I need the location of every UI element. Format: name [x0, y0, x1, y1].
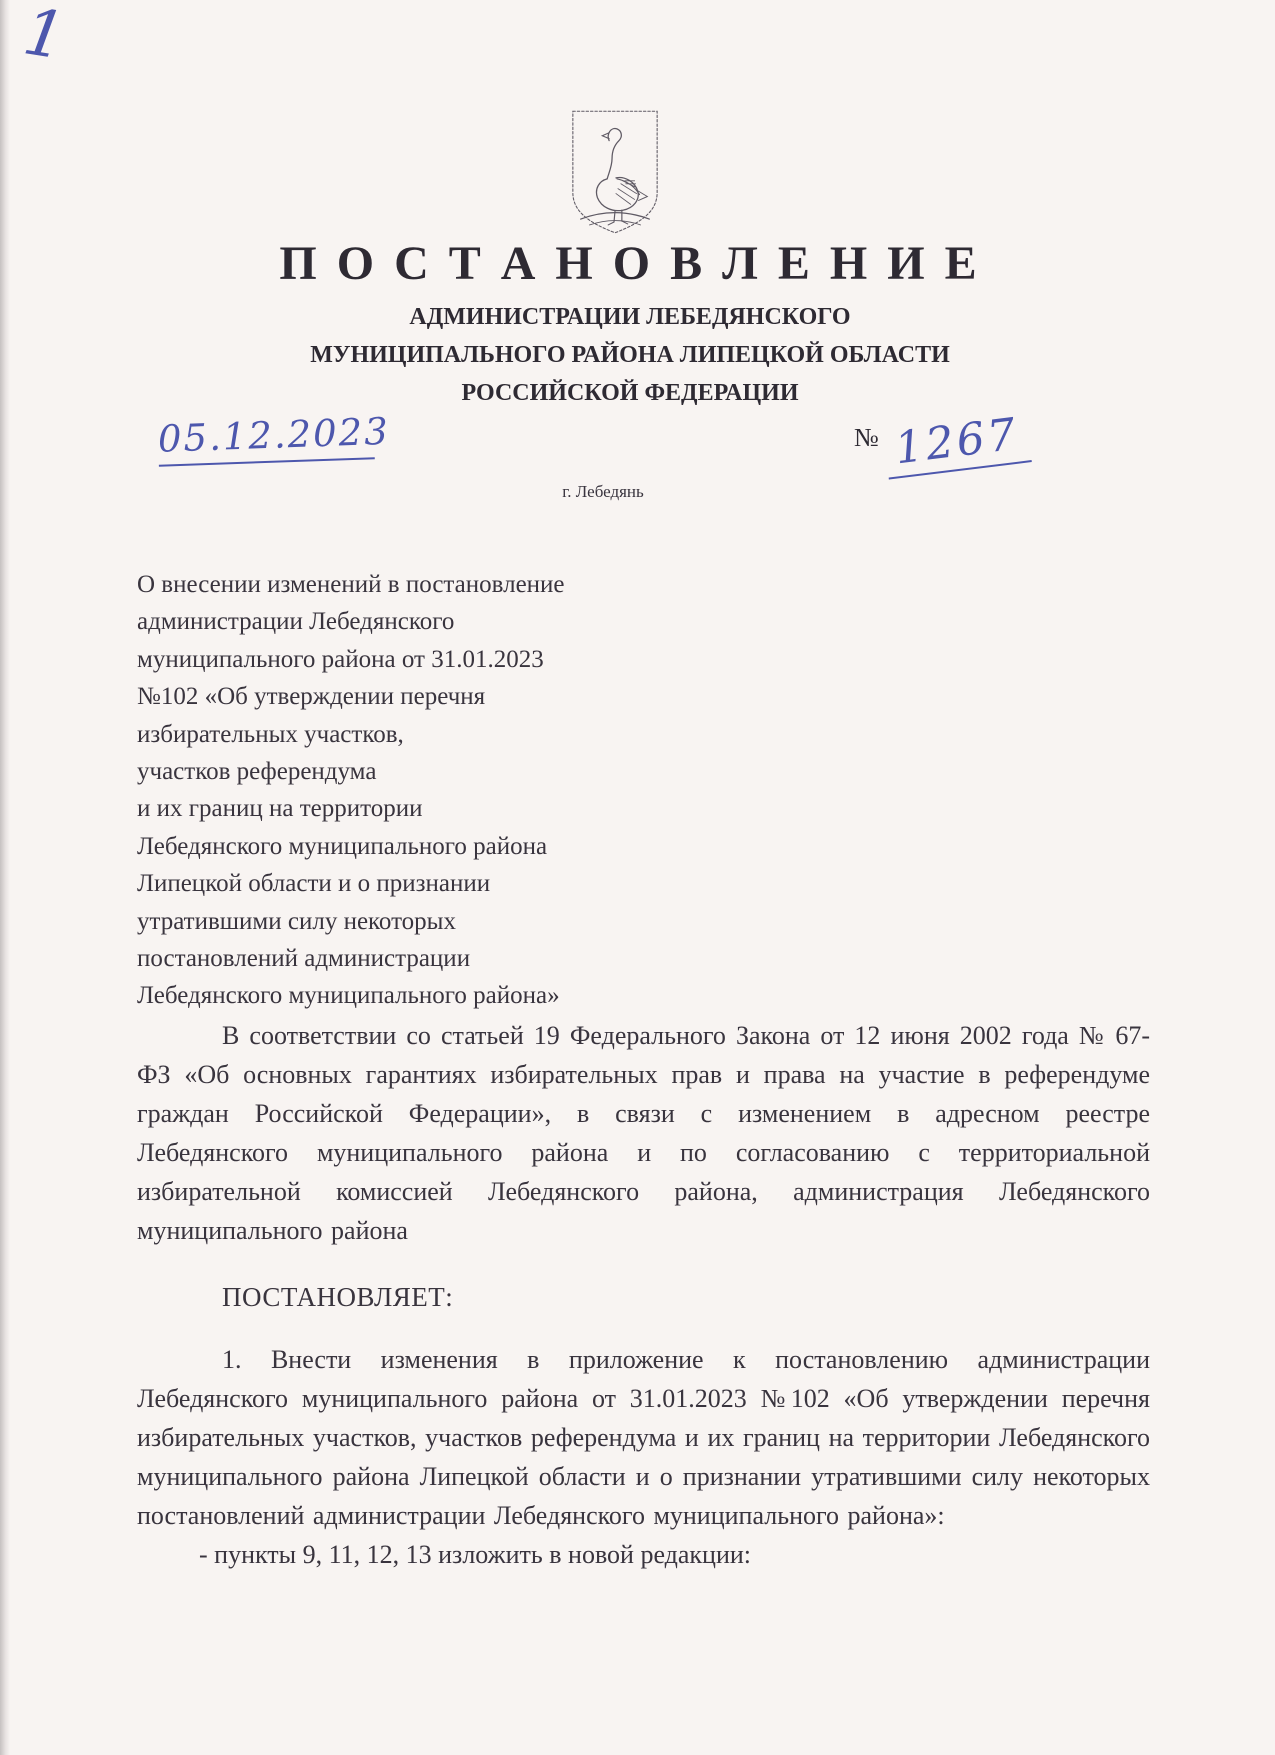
issuing-authority: АДМИНИСТРАЦИИ ЛЕБЕДЯНСКОГО МУНИЦИПАЛЬНОГ… [120, 298, 1140, 412]
document-title: П О С Т А Н О В Л Е Н И Е [120, 236, 1140, 291]
document-page: 1 П О С Т А Н О В Л Е Н И Е АДМИНИСТРАЦ [0, 0, 1275, 1755]
paragraph-subitem: - пункты 9, 11, 12, 13 изложить в новой … [137, 1535, 1150, 1574]
paragraph-item-1: 1. Внести изменения в приложение к поста… [137, 1340, 1150, 1535]
subject-line: администрации Лебедянского [137, 603, 737, 640]
paragraph-legal-basis: В соответствии со статьей 19 Федеральног… [137, 1016, 1150, 1250]
swan-emblem-icon [566, 108, 664, 236]
number-sign: № [854, 423, 879, 452]
subject-line: и их границ на территории [137, 790, 737, 827]
subject-line: Лебедянского муниципального района [137, 828, 737, 865]
subject-line: Липецкой области и о признании [137, 865, 737, 902]
subject-line: О внесении изменений в постановление [137, 566, 737, 603]
org-line-3: РОССИЙСКОЙ ФЕДЕРАЦИИ [120, 374, 1140, 412]
handwritten-number: 1267 [882, 407, 1032, 479]
subject-line: Лебедянского муниципального района» [137, 977, 737, 1014]
subject-line: утратившими силу некоторых [137, 903, 737, 940]
document-number: №1267 [854, 416, 1029, 471]
subject-block: О внесении изменений в постановление адм… [137, 566, 737, 1015]
subject-line: №102 «Об утверждении перечня [137, 678, 737, 715]
org-line-2: МУНИЦИПАЛЬНОГО РАЙОНА ЛИПЕЦКОЙ ОБЛАСТИ [120, 336, 1140, 374]
subject-line: постановлений администрации [137, 940, 737, 977]
subject-line: участков референдума [137, 753, 737, 790]
subject-line: избирательных участков, [137, 716, 737, 753]
handwritten-page-mark: 1 [18, 0, 70, 75]
resolves-heading: ПОСТАНОВЛЯЕТ: [137, 1278, 1150, 1317]
handwritten-date: 05.12.2023 [157, 410, 375, 467]
place-line: г. Лебедянь [473, 482, 733, 502]
org-line-1: АДМИНИСТРАЦИИ ЛЕБЕДЯНСКОГО [120, 298, 1140, 336]
scan-edge-shadow [0, 0, 10, 1755]
subject-line: муниципального района от 31.01.2023 [137, 641, 737, 678]
coat-of-arms [566, 108, 664, 236]
body-text: В соответствии со статьей 19 Федеральног… [137, 1016, 1150, 1574]
